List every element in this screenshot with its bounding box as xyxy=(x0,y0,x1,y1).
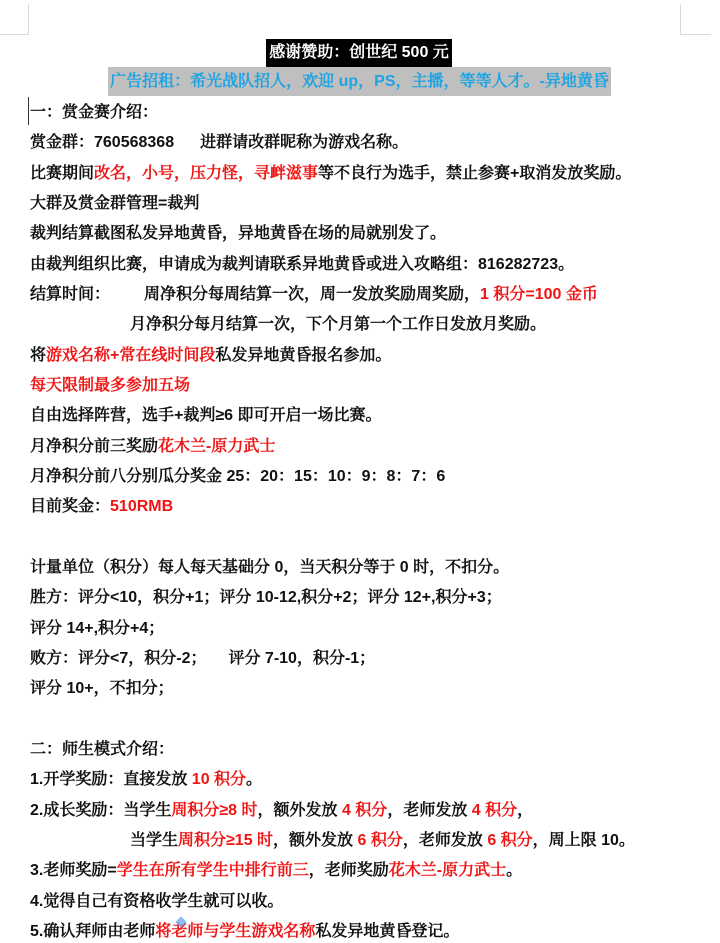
mentor-item-4: 4.觉得自己有资格收学生就可以收。 xyxy=(30,887,710,917)
text: 。 xyxy=(246,771,262,788)
text: ，额外发放 xyxy=(273,832,357,849)
prize-pool-line: 目前奖金：510RMB xyxy=(30,492,710,522)
win-rules-line: 胜方：评分<10，积分+1；评分 10-12,积分+2；评分 12+,积分+3； xyxy=(30,583,710,613)
settle-weekly: 周净积分每周结算一次，周一发放奖励周奖励， xyxy=(144,286,480,303)
text: 评分 7-10，积分-1； xyxy=(228,650,375,667)
text: 月净积分前三奖励 xyxy=(30,438,158,455)
mentor-item-2: 2.成长奖励：当学生周积分≥8 时，额外发放 4 积分，老师发放 4 积分， xyxy=(30,796,710,826)
text: 私发异地黄昏报名参加。 xyxy=(215,347,391,364)
points-highlight: 6 积分 xyxy=(487,832,532,849)
group-note: 进群请改群昵称为游戏名称。 xyxy=(200,134,408,151)
text: ，老师发放 xyxy=(403,832,487,849)
group-info-line: 赏金群：760568368进群请改群昵称为游戏名称。 xyxy=(30,128,710,158)
text: ，周上限 10。 xyxy=(533,832,635,849)
prize-highlight: 花木兰-原力武士 xyxy=(389,862,506,879)
text: ，老师发放 xyxy=(387,802,471,819)
points-highlight: 4 积分 xyxy=(342,802,387,819)
section1-heading: 一：赏金赛介绍： xyxy=(30,98,710,128)
match-start-line: 自由选择阵营，选手+裁判≥6 即可开启一场比赛。 xyxy=(30,401,710,431)
ad-banner: 广告招租：希光战队招人，欢迎 up，PS，主播，等等人才。-异地黄昏 xyxy=(108,67,611,96)
referee-report-line: 裁判结算截图私发异地黄昏，异地黄昏在场的局就别发了。 xyxy=(30,219,710,249)
condition-highlight: 周积分≥8 时 xyxy=(171,802,257,819)
sponsor-banner: 感谢赞助：创世纪 500 元 xyxy=(266,39,452,67)
mentor-item-2b: 当学生周积分≥15 时，额外发放 6 积分，老师发放 6 积分，周上限 10。 xyxy=(30,826,710,856)
scoring-unit-line: 计量单位（积分）每人每天基础分 0，当天积分等于 0 时，不扣分。 xyxy=(30,553,710,583)
points-highlight: 10 积分 xyxy=(192,771,246,788)
settle-rate: 1 积分=100 金币 xyxy=(480,286,598,303)
text: 等不良行为选手，禁止参赛+取消发放奖励。 xyxy=(318,165,631,182)
top3-reward-line: 月净积分前三奖励花木兰-原力武士 xyxy=(30,432,710,462)
text: 。 xyxy=(506,862,522,879)
lose-rules-line: 败方：评分<7，积分-2；评分 7-10，积分-1； xyxy=(30,644,710,674)
banned-behaviors: 改名，小号，压力怪，寻衅滋事 xyxy=(94,165,318,182)
text: 当学生 xyxy=(130,832,178,849)
win-rules-cont-line: 评分 14+,积分+4； xyxy=(30,614,710,644)
text: 私发异地黄昏登记。 xyxy=(315,923,459,940)
settle-weekly-line: 结算时间：周净积分每周结算一次，周一发放奖励周奖励，1 积分=100 金币 xyxy=(30,280,710,310)
text: 将 xyxy=(30,347,46,364)
page-corner-mark-top-right xyxy=(680,4,711,35)
text: 2.成长奖励：当学生 xyxy=(30,802,171,819)
text: 5.确认拜师由老师 xyxy=(30,923,155,940)
section2-heading: 二：师生模式介绍： xyxy=(30,735,710,765)
settle-monthly-line: 月净积分每月结算一次，下个月第一个工作日发放月奖励。 xyxy=(30,310,710,340)
text: 3.老师奖励= xyxy=(30,862,117,879)
text: ，额外发放 xyxy=(258,802,342,819)
mentor-item-5: 5.确认拜师由老师将老师与学生游戏名称私发异地黄昏登记。 xyxy=(30,917,710,943)
admins-line: 大群及赏金群管理=裁判 xyxy=(30,189,710,219)
top3-prize: 花木兰-原力武士 xyxy=(158,438,275,455)
prize-pool-label: 目前奖金： xyxy=(30,498,110,515)
page-corner-mark-top-left xyxy=(0,4,29,35)
conduct-rule-line: 比赛期间改名，小号，压力怪，寻衅滋事等不良行为选手，禁止参赛+取消发放奖励。 xyxy=(30,159,710,189)
points-highlight: 4 积分 xyxy=(472,802,517,819)
text: 1.开学奖励：直接发放 xyxy=(30,771,192,788)
document-body[interactable]: 一：赏金赛介绍： 赏金群：760568368进群请改群昵称为游戏名称。 比赛期间… xyxy=(30,98,710,943)
condition-highlight: 周积分≥15 时 xyxy=(178,832,273,849)
text-cursor xyxy=(28,97,29,125)
text: ， xyxy=(517,802,533,819)
blank-line xyxy=(30,705,710,735)
signup-required-info: 游戏名称+常在线时间段 xyxy=(46,347,215,364)
points-highlight: 6 积分 xyxy=(358,832,403,849)
signup-line: 将游戏名称+常在线时间段私发异地黄昏报名参加。 xyxy=(30,341,710,371)
prize-pool-value: 510RMB xyxy=(110,498,173,515)
top8-split-line: 月净积分前八分别瓜分奖金 25：20：15：10：9：8：7：6 xyxy=(30,462,710,492)
referee-apply-line: 由裁判组织比赛，申请成为裁判请联系异地黄昏或进入攻略组：816282723。 xyxy=(30,250,710,280)
lose-rules-cont-line: 评分 10+，不扣分； xyxy=(30,674,710,704)
text: ，老师奖励 xyxy=(309,862,389,879)
condition-highlight: 学生在所有学生中排行前三 xyxy=(117,862,309,879)
text: 败方：评分<7，积分-2； xyxy=(30,650,206,667)
daily-limit-line: 每天限制最多参加五场 xyxy=(30,371,710,401)
settle-label: 结算时间： xyxy=(30,286,110,303)
ad-banner-row: 广告招租：希光战队招人，欢迎 up，PS，主播，等等人才。-异地黄昏 xyxy=(0,67,720,96)
sponsor-banner-row: 感谢赞助：创世纪 500 元 xyxy=(0,39,720,67)
text: 比赛期间 xyxy=(30,165,94,182)
mentor-item-1: 1.开学奖励：直接发放 10 积分。 xyxy=(30,765,710,795)
blank-line xyxy=(30,523,710,553)
mentor-item-3: 3.老师奖励=学生在所有学生中排行前三，老师奖励花木兰-原力武士。 xyxy=(30,856,710,886)
group-number: 赏金群：760568368 xyxy=(30,134,174,151)
